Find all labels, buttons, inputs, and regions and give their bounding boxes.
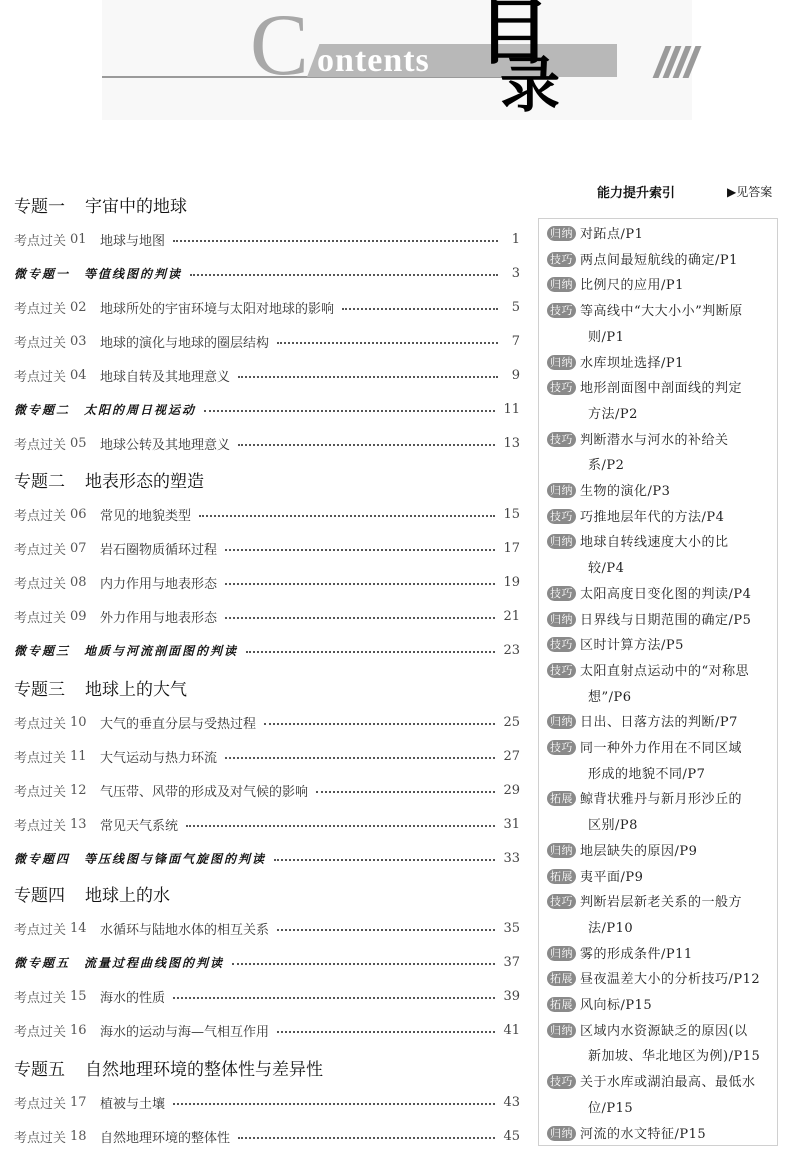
index-item-text: 地球自转线速度大小的比: [580, 535, 729, 550]
index-item-text: 两点间最短航线的确定/P1: [580, 253, 738, 268]
entry-label: 考点过关: [14, 1127, 66, 1146]
section-heading[interactable]: 专题二地表形态的塑造: [14, 467, 204, 492]
dot-leader: [225, 583, 495, 585]
page-number: 45: [503, 1129, 520, 1144]
index-item-text: 太阳高度日变化图的判读/P4: [580, 587, 751, 602]
dot-leader: [225, 757, 495, 759]
section-heading[interactable]: 专题三地球上的大气: [14, 675, 187, 700]
page-number: 15: [503, 507, 520, 522]
index-item[interactable]: 技巧太阳直射点运动中的“对称思: [547, 660, 749, 679]
category-badge: 归纳: [547, 483, 576, 498]
entry-label: 微专题二: [14, 401, 70, 418]
entry-title: 等值线图的判读: [84, 265, 182, 282]
entry-title: 大气运动与热力环流: [100, 747, 217, 766]
index-item[interactable]: 技巧巧推地层年代的方法/P4: [547, 506, 724, 525]
index-item-continuation[interactable]: 系/P2: [547, 454, 624, 473]
category-badge: 拓展: [547, 997, 576, 1012]
toc-entry[interactable]: 考点过关08内力作用与地表形态19: [14, 572, 520, 592]
entry-label: 考点过关: [14, 1021, 66, 1040]
entry-number: 08: [70, 575, 94, 590]
entry-title: 外力作用与地表形态: [100, 607, 217, 626]
section-title: 宇宙中的地球: [85, 197, 187, 217]
index-item[interactable]: 技巧区时计算方法/P5: [547, 634, 684, 653]
dot-leader: [225, 617, 495, 619]
category-badge: 归纳: [547, 714, 576, 729]
entry-number: 04: [70, 368, 94, 383]
dot-leader: [277, 1031, 495, 1033]
entry-label: 考点过关: [14, 781, 66, 800]
toc-entry[interactable]: 考点过关10大气的垂直分层与受热过程25: [14, 712, 520, 732]
slash-decoration: [643, 46, 693, 78]
entry-label: 考点过关: [14, 1093, 66, 1112]
index-item-text: 太阳直射点运动中的“对称思: [580, 664, 749, 679]
entry-label: 考点过关: [14, 332, 66, 351]
index-item-text: 雾的形成条件/P11: [580, 947, 693, 962]
dot-leader: [316, 791, 495, 793]
dot-leader: [264, 723, 495, 725]
index-item[interactable]: 技巧太阳高度日变化图的判读/P4: [547, 583, 751, 602]
index-item[interactable]: 技巧地形剖面图中剖面线的判定: [547, 377, 742, 396]
contents-initial: C: [250, 2, 309, 90]
index-item-text: 鲸背状雅丹与新月形沙丘的: [580, 792, 742, 807]
see-answers-link[interactable]: ▶见答案: [727, 183, 772, 200]
dot-leader: [232, 963, 495, 965]
entry-title: 地球自转及其地理意义: [100, 366, 230, 385]
index-item-continuation[interactable]: 新加坡、华北地区为例)/P15: [547, 1045, 760, 1064]
entry-title: 水循环与陆地水体的相互关系: [100, 919, 269, 938]
entry-number: 11: [70, 749, 94, 764]
index-item[interactable]: 归纳日出、日落方法的判断/P7: [547, 711, 738, 730]
entry-title: 地球公转及其地理意义: [100, 434, 230, 453]
page-number: 27: [503, 749, 520, 764]
entry-label: 考点过关: [14, 505, 66, 524]
entry-label: 考点过关: [14, 539, 66, 558]
entry-title: 常见的地貌类型: [100, 505, 191, 524]
index-item[interactable]: 归纳生物的演化/P3: [547, 480, 670, 499]
title-char-lu: 录: [500, 56, 560, 116]
dot-leader: [173, 997, 495, 999]
index-item-text: 方法/P2: [588, 407, 638, 422]
category-badge: 技巧: [547, 509, 576, 524]
entry-label: 微专题四: [14, 850, 70, 867]
entry-number: 10: [70, 715, 94, 730]
entry-number: 18: [70, 1129, 94, 1144]
toc-micro-topic[interactable]: 微专题一等值线图的判读3: [14, 263, 520, 283]
entry-title: 等压线图与锋面气旋图的判读: [84, 850, 266, 867]
dot-leader: [238, 376, 498, 378]
category-badge: 技巧: [547, 432, 576, 447]
index-item-continuation[interactable]: 区别/P8: [547, 814, 638, 833]
dot-leader: [246, 651, 495, 653]
dot-leader: [225, 549, 495, 551]
toc-entry[interactable]: 考点过关14水循环与陆地水体的相互关系35: [14, 918, 520, 938]
category-badge: 技巧: [547, 637, 576, 652]
index-item-continuation[interactable]: 法/P10: [547, 917, 633, 936]
contents-word: ontents: [317, 44, 430, 78]
section-title: 地球上的大气: [85, 680, 187, 700]
page-number: 29: [503, 783, 520, 798]
dot-leader: [277, 929, 495, 931]
section-label: 专题二: [14, 472, 65, 492]
dot-leader: [173, 1103, 495, 1105]
category-badge: 归纳: [547, 277, 576, 292]
entry-label: 考点过关: [14, 573, 66, 592]
toc-entry[interactable]: 考点过关11大气运动与热力环流27: [14, 746, 520, 766]
entry-title: 大气的垂直分层与受热过程: [100, 713, 256, 732]
category-badge: 技巧: [547, 663, 576, 678]
section-label: 专题四: [14, 886, 65, 906]
index-item[interactable]: 归纳雾的形成条件/P11: [547, 943, 693, 962]
dot-leader: [173, 240, 498, 242]
entry-label: 考点过关: [14, 713, 66, 732]
index-item[interactable]: 拓展风向标/P15: [547, 994, 652, 1013]
index-item-continuation[interactable]: 方法/P2: [547, 403, 638, 422]
page-number: 1: [506, 232, 520, 247]
category-badge: 拓展: [547, 971, 576, 986]
section-heading[interactable]: 专题一宇宙中的地球: [14, 192, 187, 217]
category-badge: 拓展: [547, 869, 576, 884]
entry-title: 气压带、风带的形成及对气候的影响: [100, 781, 308, 800]
entry-label: 考点过关: [14, 366, 66, 385]
page-number: 33: [503, 851, 520, 866]
dot-leader: [238, 1137, 495, 1139]
index-item-text: 水库坝址选择/P1: [580, 356, 684, 371]
category-badge: 技巧: [547, 380, 576, 395]
entry-label: 考点过关: [14, 987, 66, 1006]
entry-title: 海水的性质: [100, 987, 165, 1006]
toc-entry[interactable]: 考点过关16海水的运动与海—气相互作用41: [14, 1020, 520, 1040]
entry-number: 17: [70, 1095, 94, 1110]
entry-number: 01: [70, 232, 94, 247]
index-item-text: 较/P4: [588, 561, 624, 576]
index-item[interactable]: 技巧判断潜水与河水的补给关: [547, 429, 729, 448]
index-item[interactable]: 归纳对跖点/P1: [547, 223, 643, 242]
entry-label: 考点过关: [14, 434, 66, 453]
toc-entry[interactable]: 考点过关05地球公转及其地理意义13: [14, 433, 520, 453]
dot-leader: [274, 859, 495, 861]
index-item-text: 区别/P8: [588, 818, 638, 833]
section-label: 专题一: [14, 197, 65, 217]
index-item-text: 区域内水资源缺乏的原因(以: [580, 1024, 748, 1039]
toc-entry[interactable]: 考点过关17植被与土壤43: [14, 1092, 520, 1112]
entry-title: 自然地理环境的整体性: [100, 1127, 230, 1146]
toc-entry[interactable]: 考点过关15海水的性质39: [14, 986, 520, 1006]
index-item-text: 地形剖面图中剖面线的判定: [580, 381, 742, 396]
index-item-text: 对跖点/P1: [580, 227, 643, 242]
section-heading[interactable]: 专题五自然地理环境的整体性与差异性: [14, 1055, 323, 1080]
page-number: 13: [503, 436, 520, 451]
entry-label: 考点过关: [14, 607, 66, 626]
index-item[interactable]: 技巧同一种外力作用在不同区域: [547, 737, 742, 756]
category-badge: 归纳: [547, 843, 576, 858]
dot-leader: [186, 825, 495, 827]
entry-label: 微专题三: [14, 642, 70, 659]
toc-entry[interactable]: 考点过关02地球所处的宇宙环境与太阳对地球的影响5: [14, 297, 520, 317]
index-item-text: 夷平面/P9: [580, 870, 643, 885]
index-item-text: 日界线与日期范围的确定/P5: [580, 613, 751, 628]
index-item-text: 判断潜水与河水的补给关: [580, 433, 729, 448]
page-number: 43: [503, 1095, 520, 1110]
dot-leader: [277, 342, 498, 344]
page-number: 21: [503, 609, 520, 624]
index-item-text: 系/P2: [588, 458, 624, 473]
index-item-text: 想”/P6: [588, 690, 632, 705]
category-badge: 技巧: [547, 252, 576, 267]
page-number: 19: [503, 575, 520, 590]
entry-title: 地质与河流剖面图的判读: [84, 642, 238, 659]
ability-index-panel: 归纳对跖点/P1技巧两点间最短航线的确定/P1归纳比例尺的应用/P1技巧等高线中…: [538, 218, 778, 1146]
entry-label: 考点过关: [14, 919, 66, 938]
category-badge: 技巧: [547, 740, 576, 755]
category-badge: 技巧: [547, 303, 576, 318]
entry-number: 02: [70, 300, 94, 315]
section-label: 专题三: [14, 680, 65, 700]
index-item-text: 河流的水文特征/P15: [580, 1127, 706, 1142]
page-number: 35: [503, 921, 520, 936]
toc-entry[interactable]: 考点过关09外力作用与地表形态21: [14, 606, 520, 626]
index-item[interactable]: 拓展夷平面/P9: [547, 866, 643, 885]
page-number: 41: [503, 1023, 520, 1038]
index-item-text: 地层缺失的原因/P9: [580, 844, 697, 859]
toc-entry[interactable]: 考点过关04地球自转及其地理意义9: [14, 365, 520, 385]
index-item[interactable]: 归纳日界线与日期范围的确定/P5: [547, 609, 751, 628]
entry-label: 微专题一: [14, 265, 70, 282]
entry-number: 05: [70, 436, 94, 451]
page-number: 31: [503, 817, 520, 832]
index-item-text: 位/P15: [588, 1101, 633, 1116]
index-item-text: 法/P10: [588, 921, 633, 936]
index-item[interactable]: 归纳地层缺失的原因/P9: [547, 840, 697, 859]
index-item-text: 则/P1: [588, 330, 624, 345]
category-badge: 归纳: [547, 355, 576, 370]
toc-micro-topic[interactable]: 微专题四等压线图与锋面气旋图的判读33: [14, 848, 520, 868]
toc-entry[interactable]: 考点过关03地球的演化与地球的圈层结构7: [14, 331, 520, 351]
entry-title: 流量过程曲线图的判读: [84, 954, 224, 971]
index-item[interactable]: 技巧关于水库或湖泊最高、最低水: [547, 1071, 756, 1090]
index-item-text: 形成的地貌不同/P7: [588, 767, 705, 782]
page-number: 9: [506, 368, 520, 383]
toc-entry[interactable]: 考点过关12气压带、风带的形成及对气候的影响29: [14, 780, 520, 800]
toc-micro-topic[interactable]: 微专题二太阳的周日视运动11: [14, 399, 520, 419]
entry-title: 海水的运动与海—气相互作用: [100, 1021, 269, 1040]
category-badge: 归纳: [547, 1126, 576, 1141]
toc-micro-topic[interactable]: 微专题三地质与河流剖面图的判读23: [14, 640, 520, 660]
index-item-continuation[interactable]: 则/P1: [547, 326, 624, 345]
index-item-text: 日出、日落方法的判断/P7: [580, 715, 738, 730]
entry-label: 考点过关: [14, 298, 66, 317]
toc-entry[interactable]: 考点过关06常见的地貌类型15: [14, 504, 520, 524]
page-number: 3: [506, 266, 520, 281]
dot-leader: [342, 308, 498, 310]
index-item-text: 新加坡、华北地区为例)/P15: [588, 1049, 760, 1064]
index-item[interactable]: 拓展昼夜温差大小的分析技巧/P12: [547, 968, 760, 987]
index-item-text: 区时计算方法/P5: [580, 638, 684, 653]
index-item-text: 判断岩层新老关系的一般方: [580, 895, 742, 910]
page-number: 17: [503, 541, 520, 556]
category-badge: 技巧: [547, 586, 576, 601]
section-title: 地表形态的塑造: [85, 472, 204, 492]
category-badge: 拓展: [547, 791, 576, 806]
category-badge: 技巧: [547, 894, 576, 909]
page-number: 37: [503, 955, 520, 970]
dot-leader: [204, 410, 495, 412]
index-item[interactable]: 技巧两点间最短航线的确定/P1: [547, 249, 738, 268]
entry-label: 考点过关: [14, 747, 66, 766]
index-item[interactable]: 归纳比例尺的应用/P1: [547, 274, 684, 293]
entry-number: 16: [70, 1023, 94, 1038]
category-badge: 归纳: [547, 226, 576, 241]
toc-entry[interactable]: 考点过关01地球与地图1: [14, 229, 520, 249]
index-item-text: 比例尺的应用/P1: [580, 278, 684, 293]
entry-title: 岩石圈物质循环过程: [100, 539, 217, 558]
category-badge: 归纳: [547, 612, 576, 627]
section-title: 地球上的水: [85, 886, 170, 906]
category-badge: 技巧: [547, 1074, 576, 1089]
section-label: 专题五: [14, 1060, 65, 1080]
index-item-continuation[interactable]: 较/P4: [547, 557, 624, 576]
section-heading[interactable]: 专题四地球上的水: [14, 881, 170, 906]
index-item-text: 生物的演化/P3: [580, 484, 670, 499]
toc-entry[interactable]: 考点过关18自然地理环境的整体性45: [14, 1126, 520, 1146]
page-number: 25: [503, 715, 520, 730]
entry-number: 07: [70, 541, 94, 556]
index-item[interactable]: 归纳区域内水资源缺乏的原因(以: [547, 1020, 748, 1039]
entry-title: 地球所处的宇宙环境与太阳对地球的影响: [100, 298, 334, 317]
index-item[interactable]: 归纳水库坝址选择/P1: [547, 352, 684, 371]
entry-number: 12: [70, 783, 94, 798]
entry-label: 微专题五: [14, 954, 70, 971]
entry-number: 13: [70, 817, 94, 832]
toc-entry[interactable]: 考点过关07岩石圈物质循环过程17: [14, 538, 520, 558]
page-number: 5: [506, 300, 520, 315]
entry-label: 考点过关: [14, 230, 66, 249]
category-badge: 归纳: [547, 946, 576, 961]
entry-number: 14: [70, 921, 94, 936]
page-number: 39: [503, 989, 520, 1004]
toc-micro-topic[interactable]: 微专题五流量过程曲线图的判读37: [14, 952, 520, 972]
entry-number: 15: [70, 989, 94, 1004]
index-item-text: 风向标/P15: [580, 998, 652, 1013]
toc-entry[interactable]: 考点过关13常见天气系统31: [14, 814, 520, 834]
index-item-text: 关于水库或湖泊最高、最低水: [580, 1075, 756, 1090]
entry-label: 考点过关: [14, 815, 66, 834]
index-item[interactable]: 技巧等高线中“大大小小”判断原: [547, 300, 743, 319]
entry-number: 03: [70, 334, 94, 349]
index-item-continuation[interactable]: 形成的地貌不同/P7: [547, 763, 705, 782]
entry-title: 地球与地图: [100, 230, 165, 249]
page-number: 7: [506, 334, 520, 349]
index-item[interactable]: 归纳地球自转线速度大小的比: [547, 531, 729, 550]
index-title: 能力提升索引: [597, 182, 675, 201]
index-item-continuation[interactable]: 位/P15: [547, 1097, 633, 1116]
dot-leader: [238, 444, 495, 446]
index-item[interactable]: 归纳河流的水文特征/P15: [547, 1123, 706, 1142]
index-item-continuation[interactable]: 想”/P6: [547, 686, 632, 705]
index-item-text: 等高线中“大大小小”判断原: [580, 304, 743, 319]
dot-leader: [199, 515, 495, 517]
category-badge: 归纳: [547, 534, 576, 549]
entry-title: 内力作用与地表形态: [100, 573, 217, 592]
entry-title: 常见天气系统: [100, 815, 178, 834]
index-item[interactable]: 技巧判断岩层新老关系的一般方: [547, 891, 742, 910]
page-number: 11: [503, 402, 520, 417]
entry-number: 09: [70, 609, 94, 624]
entry-title: 太阳的周日视运动: [84, 401, 196, 418]
entry-title: 植被与土壤: [100, 1093, 165, 1112]
entry-number: 06: [70, 507, 94, 522]
index-item[interactable]: 拓展鲸背状雅丹与新月形沙丘的: [547, 788, 742, 807]
index-item-text: 同一种外力作用在不同区域: [580, 741, 742, 756]
page-number: 23: [503, 643, 520, 658]
category-badge: 归纳: [547, 1023, 576, 1038]
dot-leader: [190, 274, 498, 276]
index-item-text: 巧推地层年代的方法/P4: [580, 510, 724, 525]
index-item-text: 昼夜温差大小的分析技巧/P12: [580, 972, 760, 987]
section-title: 自然地理环境的整体性与差异性: [85, 1060, 323, 1080]
entry-title: 地球的演化与地球的圈层结构: [100, 332, 269, 351]
